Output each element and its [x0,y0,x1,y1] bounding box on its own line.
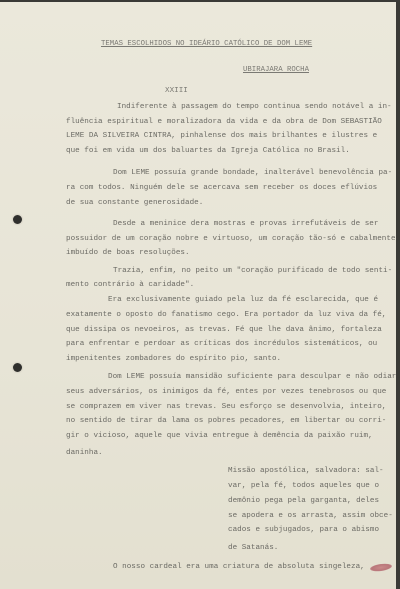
text-line: para enfrentar e perdoar as críticas dos… [66,339,377,349]
text-line: de Satanás. [228,543,278,553]
text-line: mento contrário à caridade". [66,280,194,290]
text-line: Dom LEME possuía grande bondade, inalter… [113,168,392,178]
text-line: gir o vicioso, aquele que vivia entregue… [66,431,373,441]
text-line: se apodera e os arrasta, assim obce- [228,511,393,521]
punch-hole-top [13,215,22,224]
text-line: impenitentes zombadores do espírito pio,… [66,354,281,364]
text-line: se comprazem em viver nas trevas. Seu es… [66,402,386,412]
text-line: demônio pega pela garganta, deles [228,496,379,506]
text-line: var, pela fé, todos aqueles que o [228,481,379,491]
punch-hole-bottom [13,363,22,372]
text-line: Indiferente à passagem do tempo continua… [117,102,392,112]
text-line: que foi em vida um dos baluartes da Igre… [66,146,350,156]
text-line: de sua constante generosidade. [66,198,203,208]
text-line: ra com todos. Ninguém dele se acercava s… [66,183,377,193]
typewritten-page: TEMAS ESCOLHIDOS NO IDEÁRIO CATÓLICO DE … [0,2,396,589]
text-line: Missão apostólica, salvadora: sal- [228,466,384,476]
chapter-number: XXIII [165,86,188,96]
text-line: Dom LEME possuía mansidão suficiente par… [108,372,396,382]
text-line: O nosso cardeal era uma criatura de abso… [113,562,365,572]
text-line: Era exclusivamente guiado pela luz da fé… [108,295,378,305]
text-line: Desde a meninice dera mostras e provas i… [113,219,378,229]
document-title: TEMAS ESCOLHIDOS NO IDEÁRIO CATÓLICO DE … [101,39,312,49]
text-line: LEME DA SILVEIRA CINTRA, pinhalense dos … [66,131,377,141]
text-line: cados e subjugados, para o abismo [228,525,379,535]
text-line: exatamente o oposto do fanatismo cego. E… [66,310,386,320]
text-line: imbuído de boas resoluções. [66,248,190,258]
text-line: no sentido de tirar da lama os pobres pe… [66,416,386,426]
text-line: seus adversários, os inimigos da fé, ent… [66,387,386,397]
text-line: Trazia, enfim, no peito um "coração puri… [113,266,392,276]
red-ink-mark-icon [370,563,393,573]
text-line: possuidor de um coração nobre e virtuoso… [66,234,396,244]
text-line: fluência espiritual e moralizadora da vi… [66,117,382,127]
document-author: UBIRAJARA ROCHA [243,65,309,75]
text-line: daninha. [66,448,103,458]
text-line: que dissipa os nevoeiros, as trevas. Fé … [66,325,382,335]
